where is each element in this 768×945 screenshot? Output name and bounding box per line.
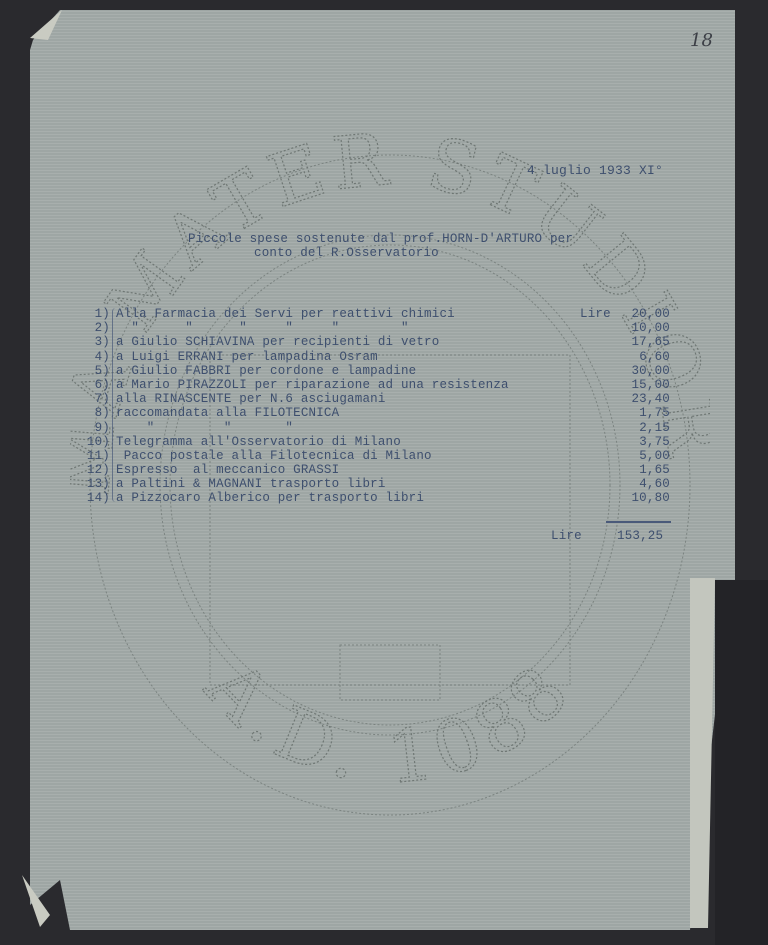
item-amount: 4,60: [639, 477, 670, 491]
item-amount: 17,65: [631, 335, 670, 349]
item-description: a Giulio FABBRI per cordone e lampadine: [116, 364, 416, 378]
paper-edge-strip: [690, 578, 715, 928]
item-description: a Mario PIRAZZOLI per riparazione ad una…: [116, 378, 509, 392]
expense-list: 1)Alla Farmacia dei Servi per reattivi c…: [80, 307, 680, 506]
expense-row: 3)a Giulio SCHIAVINA per recipienti di v…: [80, 335, 680, 349]
item-amount: 23,40: [631, 392, 670, 406]
item-number: 2): [80, 321, 110, 335]
item-number: 14): [80, 491, 110, 505]
item-description: a Pizzocaro Alberico per trasporto libri: [116, 491, 424, 505]
item-description: alla RINASCENTE per N.6 asciugamani: [116, 392, 386, 406]
item-description: Espresso al meccanico GRASSI: [116, 463, 339, 477]
expense-row: 7)alla RINASCENTE per N.6 asciugamani23,…: [80, 392, 680, 406]
item-description: a Paltini & MAGNANI trasporto libri: [116, 477, 386, 491]
item-number: 1): [80, 307, 110, 321]
expense-row: 4)a Luigi ERRANI per lampadina Osram6,60: [80, 350, 680, 364]
item-description: a Giulio SCHIAVINA per recipienti di vet…: [116, 335, 439, 349]
item-number: 8): [80, 406, 110, 420]
item-amount: 1,75: [639, 406, 670, 420]
item-number: 4): [80, 350, 110, 364]
document-title-line-2: conto del R.Osservatorio: [254, 246, 439, 260]
total-amount: 153,25: [617, 529, 663, 543]
expense-row: 5)a Giulio FABBRI per cordone e lampadin…: [80, 364, 680, 378]
total-label: Lire: [551, 529, 582, 543]
item-number: 7): [80, 392, 110, 406]
item-number: 6): [80, 378, 110, 392]
expense-row: 13)a Paltini & MAGNANI trasporto libri4,…: [80, 477, 680, 491]
item-amount: 10,00: [631, 321, 670, 335]
item-amount: 5,00: [639, 449, 670, 463]
item-description: Alla Farmacia dei Servi per reattivi chi…: [116, 307, 455, 321]
expense-row: 1)Alla Farmacia dei Servi per reattivi c…: [80, 307, 680, 321]
item-amount: 20,00: [631, 307, 670, 321]
item-amount: 6,60: [639, 350, 670, 364]
expense-row: 11) Pacco postale alla Filotecnica di Mi…: [80, 449, 680, 463]
item-amount: 2,15: [639, 421, 670, 435]
item-amount: 15,00: [631, 378, 670, 392]
expense-row: 6)a Mario PIRAZZOLI per riparazione ad u…: [80, 378, 680, 392]
scan-background: [715, 580, 768, 945]
item-amount: 1,65: [639, 463, 670, 477]
expense-row: 2) " " " " " "10,00: [80, 321, 680, 335]
item-number: 11): [80, 449, 110, 463]
document-date: 4 luglio 1933 XI°: [527, 163, 663, 178]
item-description: raccomandata alla FILOTECNICA: [116, 406, 339, 420]
expense-row: 12)Espresso al meccanico GRASSI1,65: [80, 463, 680, 477]
handwritten-page-number: 18: [690, 30, 713, 51]
item-number: 5): [80, 364, 110, 378]
item-description: Telegramma all'Osservatorio di Milano: [116, 435, 401, 449]
item-description: a Luigi ERRANI per lampadina Osram: [116, 350, 378, 364]
expense-row: 9) " " "2,15: [80, 421, 680, 435]
item-number: 9): [80, 421, 110, 435]
expense-row: 8)raccomandata alla FILOTECNICA1,75: [80, 406, 680, 420]
item-currency: Lire: [580, 307, 611, 321]
item-amount: 3,75: [639, 435, 670, 449]
total-rule: [606, 521, 671, 523]
item-number: 3): [80, 335, 110, 349]
expense-row: 10)Telegramma all'Osservatorio di Milano…: [80, 435, 680, 449]
item-amount: 10,80: [631, 491, 670, 505]
item-description: " " " " " ": [116, 321, 409, 335]
item-description: Pacco postale alla Filotecnica di Milano: [116, 449, 432, 463]
item-description: " " ": [116, 421, 293, 435]
item-number: 13): [80, 477, 110, 491]
expense-row: 14)a Pizzocaro Alberico per trasporto li…: [80, 491, 680, 505]
item-number: 12): [80, 463, 110, 477]
item-amount: 30,00: [631, 364, 670, 378]
item-number: 10): [80, 435, 110, 449]
document-title-line-1: Piccole spese sostenute dal prof.HORN-D'…: [188, 232, 573, 246]
